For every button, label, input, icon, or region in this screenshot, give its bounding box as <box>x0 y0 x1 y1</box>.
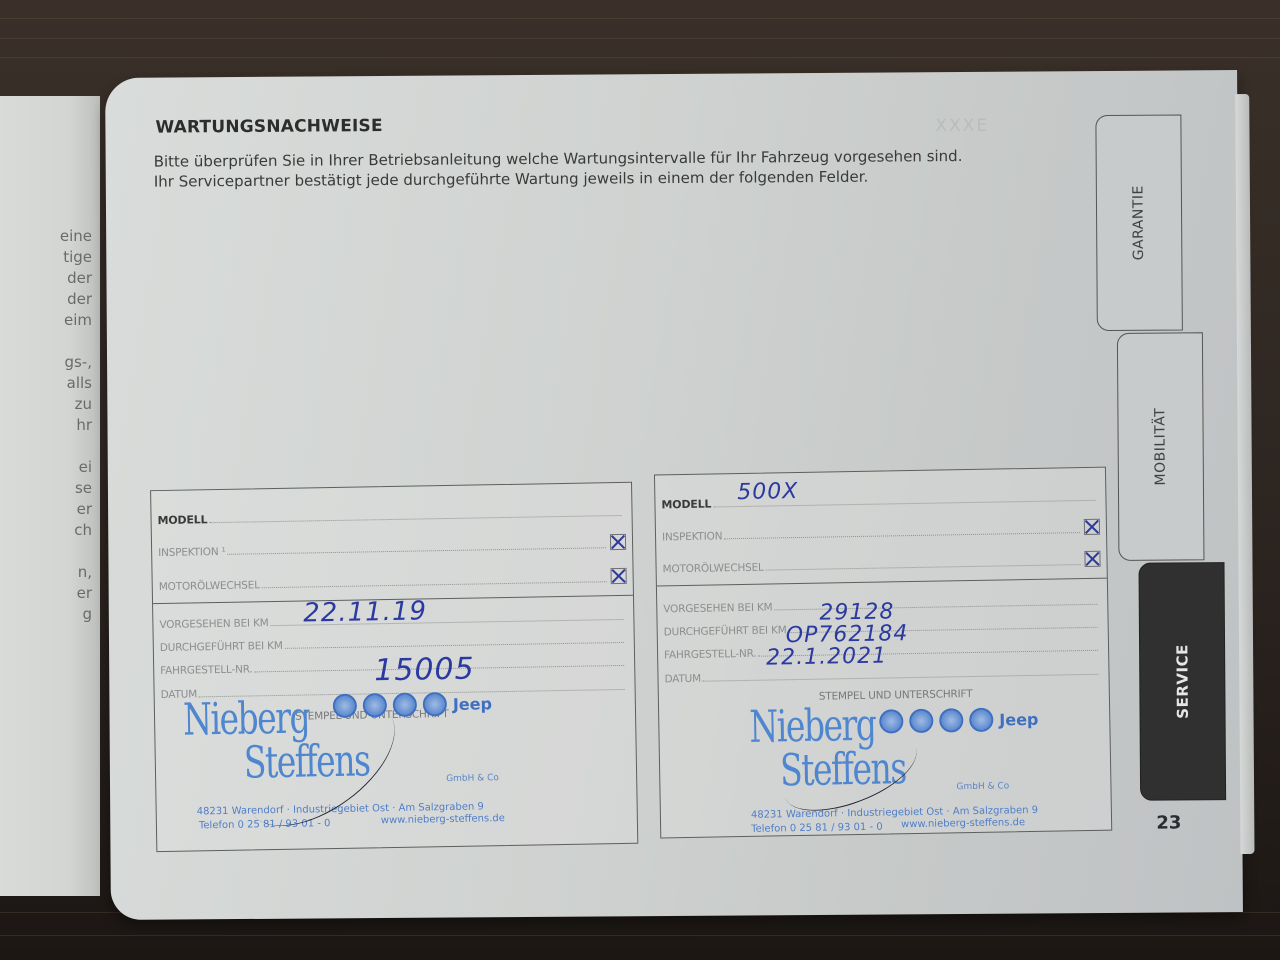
tab-garantie[interactable]: GARANTIE <box>1095 114 1183 331</box>
page-number: 23 <box>1156 812 1181 833</box>
left-page-line: ch <box>60 520 92 541</box>
handwritten-fahrgestell: 15005 <box>374 652 475 689</box>
stamp-brand-logos: Jeep <box>879 707 1039 734</box>
stamp-phone: Telefon 0 25 81 / 93 01 - 0 <box>751 822 883 835</box>
left-page-line: eim <box>60 310 92 331</box>
left-page-line <box>60 541 92 562</box>
left-page-line: g <box>60 604 92 625</box>
page-title: WARTUNGSNACHWEISE <box>155 116 382 138</box>
fahrgestell-label: FAHRGESTELL-NR. <box>160 663 253 677</box>
page-edge <box>1235 94 1254 854</box>
handwritten-datum: 22.1.2021 <box>766 643 887 670</box>
motoroelwechsel-label: MOTORÖLWECHSEL <box>663 562 764 576</box>
motoroelwechsel-row: MOTORÖLWECHSEL <box>662 550 1100 576</box>
left-page-line: der <box>60 268 92 289</box>
left-page-line: ei <box>60 457 92 478</box>
stamp-website: www.nieberg-steffens.de <box>381 813 505 826</box>
service-record-form-1: MODELL INSPEKTION ¹ MOTORÖLWECHSEL VORGE… <box>150 482 638 852</box>
left-page-line: se <box>60 478 92 499</box>
inspektion-row: INSPEKTION <box>662 518 1100 544</box>
inspektion-checkbox[interactable] <box>610 534 626 550</box>
durchgefuehrt-label: DURCHGEFÜHRT BEI KM <box>160 640 283 654</box>
modell-row: MODELL <box>157 501 625 527</box>
tab-garantie-label: GARANTIE <box>1131 185 1148 260</box>
left-page-line: tige <box>60 247 92 268</box>
brand-logo-icon <box>939 708 963 732</box>
stamp-website: www.nieberg-steffens.de <box>901 817 1025 830</box>
stamp-company-suffix: GmbH & Co <box>956 781 1009 792</box>
fahrgestell-label: FAHRGESTELL-NR. <box>664 648 757 662</box>
intro-text: Bitte überprüfen Sie in Ihrer Betriebsan… <box>154 146 963 192</box>
tab-mobilitaet[interactable]: MOBILITÄT <box>1117 332 1205 561</box>
inspektion-label: INSPEKTION ¹ <box>158 546 226 559</box>
left-page-line <box>60 331 92 352</box>
tab-mobilitaet-label: MOBILITÄT <box>1152 408 1169 486</box>
left-page-line: n, <box>60 562 92 583</box>
tab-service-label: SERVICE <box>1173 644 1192 719</box>
booklet-page: WARTUNGSNACHWEISE XXXE Bitte überprüfen … <box>105 70 1243 920</box>
motoroelwechsel-label: MOTORÖLWECHSEL <box>159 579 260 593</box>
inspektion-label: INSPEKTION <box>662 530 722 543</box>
vorgesehen-label: VORGESEHEN BEI KM <box>663 601 772 615</box>
left-page-line: eine <box>60 226 92 247</box>
left-page-line: er <box>60 499 92 520</box>
service-record-form-2: MODELL INSPEKTION MOTORÖLWECHSEL VORGESE… <box>654 467 1112 839</box>
form-divider <box>657 578 1107 587</box>
brand-logo-icon <box>423 692 447 716</box>
brand-logo-icon <box>879 709 903 733</box>
durchgefuehrt-row: DURCHGEFÜHRT BEI KM <box>160 628 628 654</box>
left-page-line: gs-, <box>60 352 92 373</box>
motoroelwechsel-row: MOTORÖLWECHSEL <box>159 567 627 593</box>
handwritten-vorgesehen: 22.11.19 <box>303 596 427 628</box>
brand-logo-icon <box>393 693 417 717</box>
durchgefuehrt-label: DURCHGEFÜHRT BEI KM <box>664 624 787 638</box>
faint-pencil-mark: XXXE <box>935 116 989 136</box>
left-page-line: er <box>60 583 92 604</box>
intro-line-2: Ihr Servicepartner bestätigt jede durchg… <box>154 166 963 192</box>
inspektion-row: INSPEKTION ¹ <box>158 533 626 559</box>
left-page-text: einetigederdereimgs-,allszuhreiseerchn,e… <box>60 226 92 625</box>
left-page: einetigederdereimgs-,allszuhreiseerchn,e… <box>0 96 100 896</box>
left-page-line: hr <box>60 415 92 436</box>
jeep-logo: Jeep <box>999 709 1038 729</box>
datum-label: DATUM <box>664 673 701 686</box>
vorgesehen-label: VORGESEHEN BEI KM <box>159 617 268 631</box>
left-page-line: zu <box>60 394 92 415</box>
brand-logo-icon <box>909 709 933 733</box>
jeep-logo: Jeep <box>453 694 492 714</box>
inspektion-checkbox[interactable] <box>1084 519 1100 535</box>
left-page-line: alls <box>60 373 92 394</box>
stamp-company-suffix: GmbH & Co <box>446 773 499 784</box>
modell-label: MODELL <box>157 513 207 527</box>
modell-label: MODELL <box>661 498 711 512</box>
handwritten-modell: 500X <box>737 479 798 505</box>
motoroelwechsel-checkbox[interactable] <box>1084 551 1100 567</box>
brand-logo-icon <box>969 708 993 732</box>
left-page-line <box>60 436 92 457</box>
left-page-line: der <box>60 289 92 310</box>
motoroelwechsel-checkbox[interactable] <box>611 568 627 584</box>
tab-service[interactable]: SERVICE <box>1138 562 1226 801</box>
modell-row: MODELL <box>661 486 1099 512</box>
